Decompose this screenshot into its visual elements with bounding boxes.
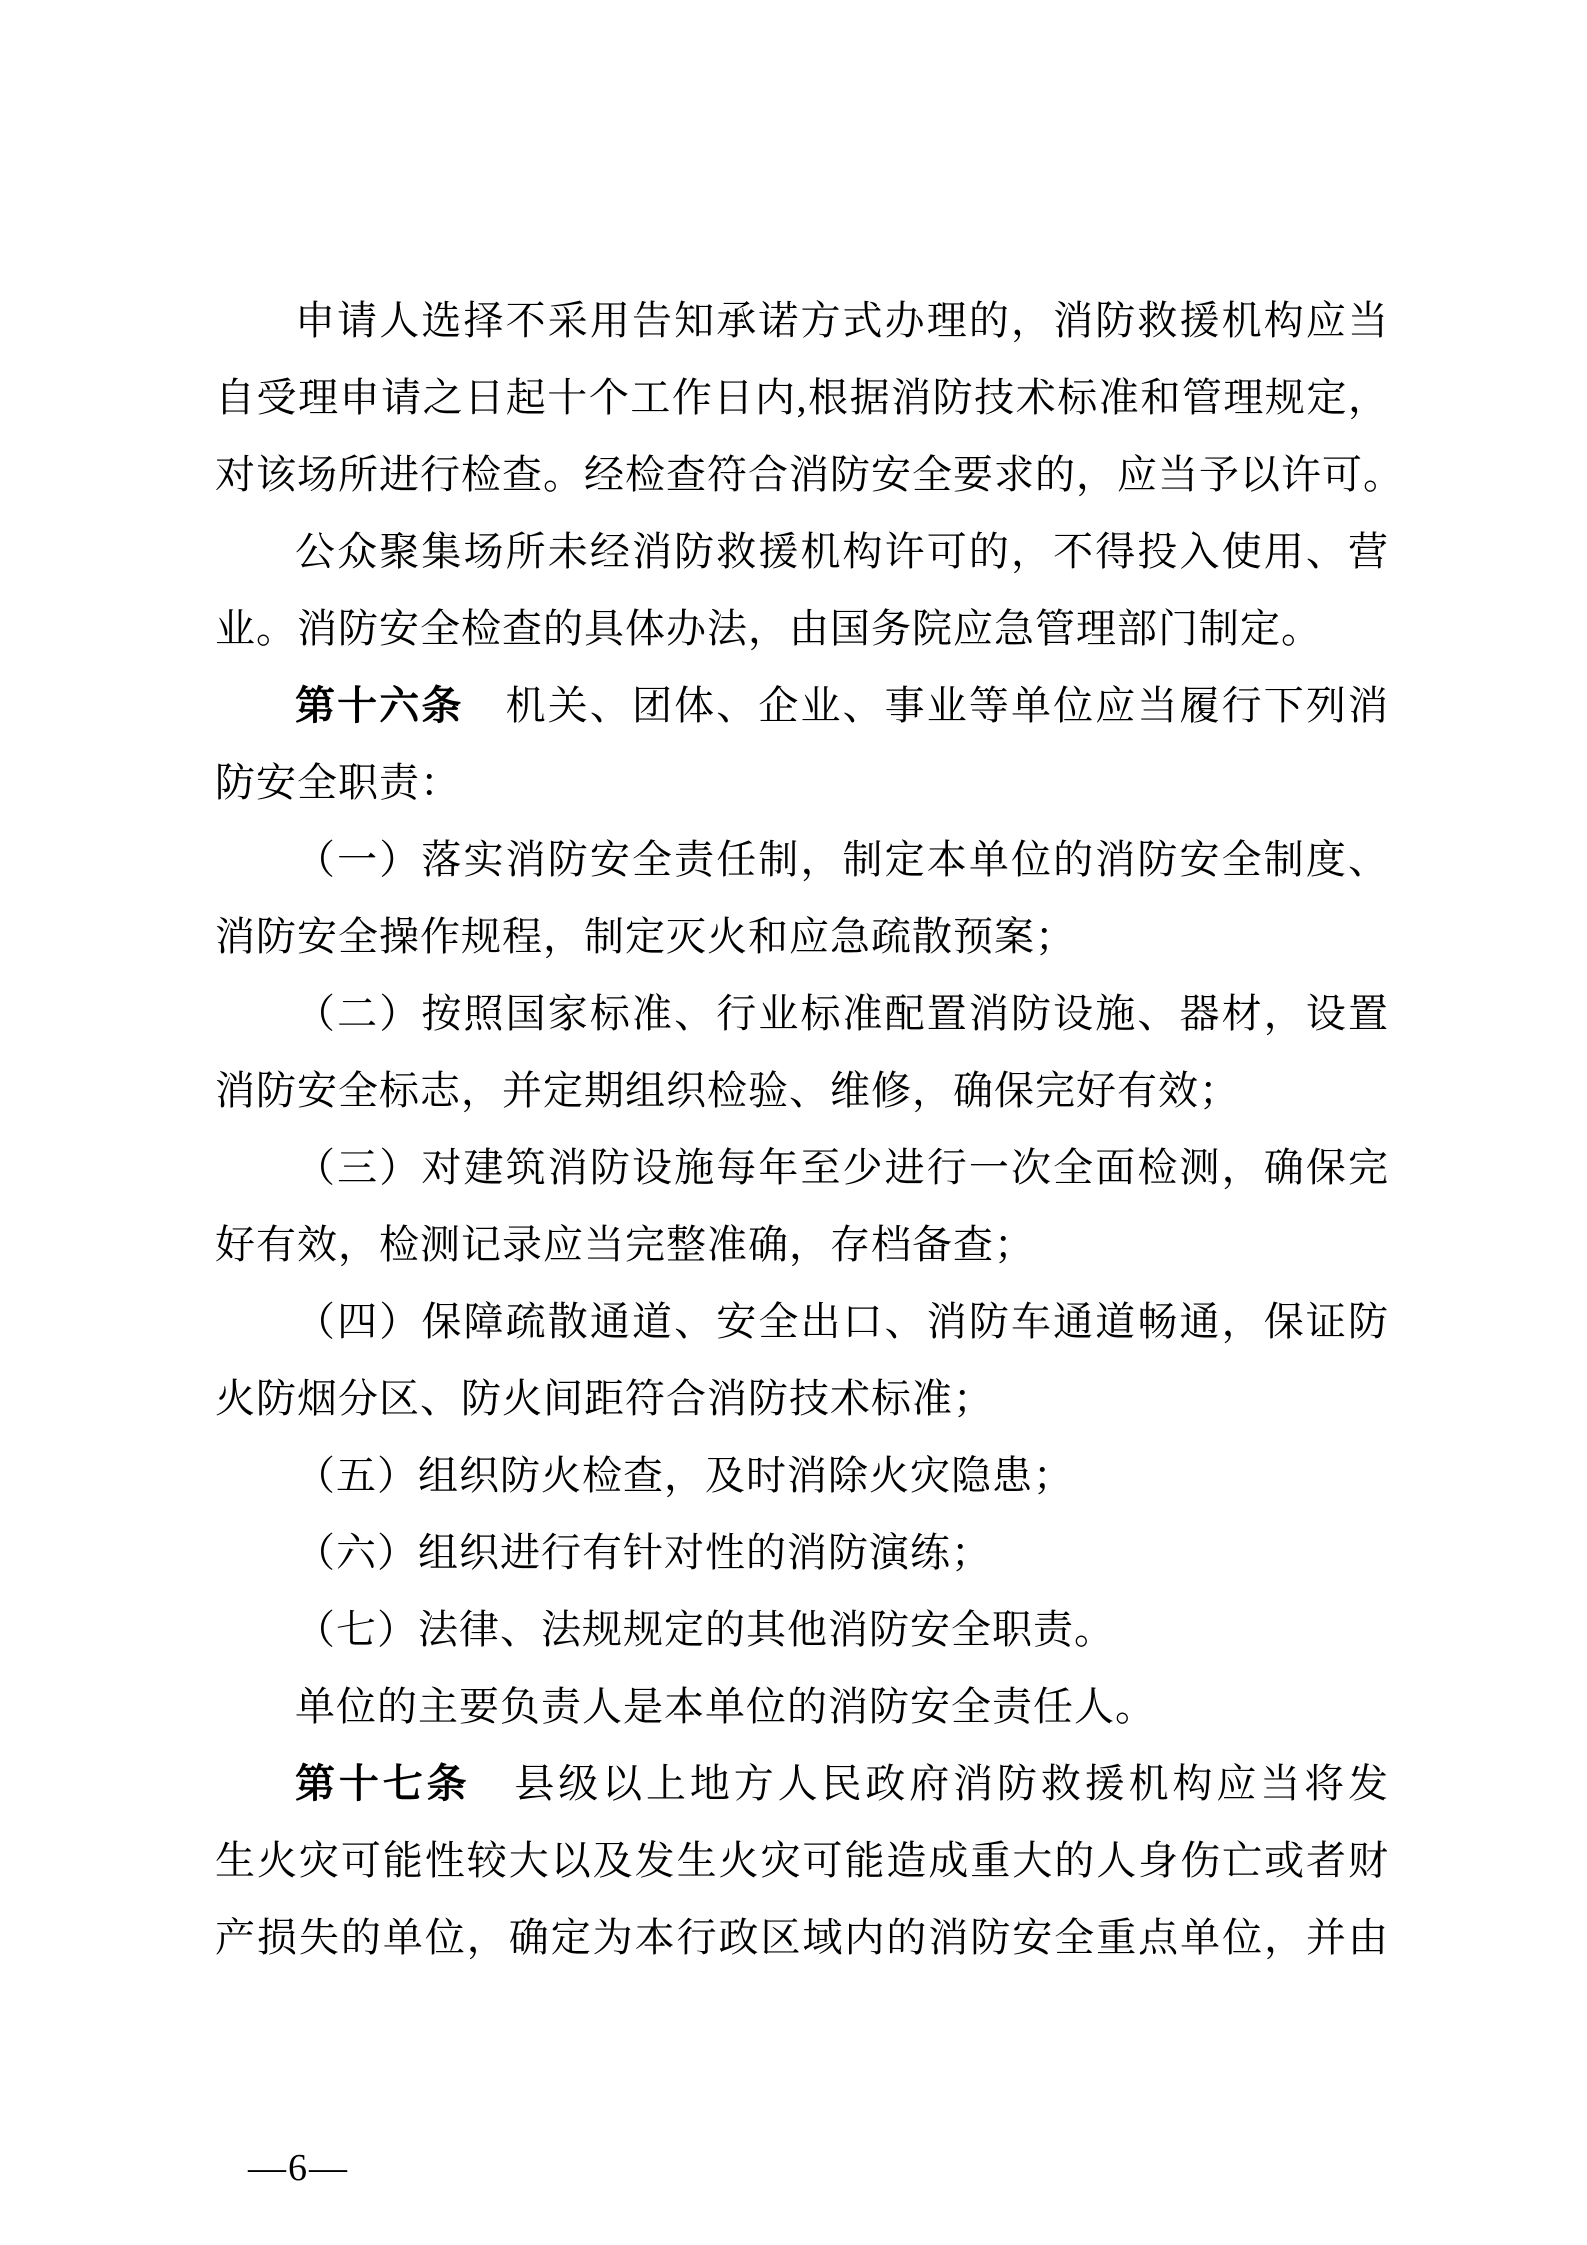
- document-page: 申请人选择不采用告知承诺方式办理的，消防救援机构应当自受理申请之日起十个工作日内…: [0, 0, 1587, 2245]
- text-line: 消防安全操作规程，制定灭火和应急疏散预案；: [215, 898, 1389, 975]
- text-line: （五）组织防火检查，及时消除火灾隐患；: [215, 1437, 1389, 1514]
- text-line: （三）对建筑消防设施每年至少进行一次全面检测，确保完: [215, 1129, 1389, 1206]
- line-text: 县级以上地方人民政府消防救援机构应当将发: [471, 1761, 1390, 1806]
- text-line: 防安全职责：: [215, 744, 1389, 821]
- text-line: 单位的主要负责人是本单位的消防安全责任人。: [215, 1668, 1389, 1745]
- text-line: （六）组织进行有针对性的消防演练；: [215, 1514, 1389, 1591]
- text-line: 生火灾可能性较大以及发生火灾可能造成重大的人身伤亡或者财: [215, 1822, 1389, 1899]
- text-line: 第十六条 机关、团体、企业、事业等单位应当履行下列消: [215, 667, 1389, 744]
- article-number: 第十六条: [295, 684, 463, 728]
- text-line: （七）法律、法规规定的其他消防安全职责。: [215, 1591, 1389, 1668]
- text-line: （一）落实消防安全责任制，制定本单位的消防安全制度、: [215, 821, 1389, 898]
- line-text: 机关、团体、企业、事业等单位应当履行下列消: [463, 683, 1389, 728]
- text-line: 消防安全标志，并定期组织检验、维修，确保完好有效；: [215, 1052, 1389, 1129]
- text-line: 公众聚集场所未经消防救援机构许可的，不得投入使用、营: [215, 513, 1389, 590]
- text-line: 申请人选择不采用告知承诺方式办理的，消防救援机构应当: [215, 282, 1389, 359]
- text-line: 自受理申请之日起十个工作日内,根据消防技术标准和管理规定，: [215, 359, 1389, 436]
- page-number: —6—: [248, 2130, 349, 2207]
- text-line: （四）保障疏散通道、安全出口、消防车通道畅通，保证防: [215, 1283, 1389, 1360]
- text-line: 第十七条 县级以上地方人民政府消防救援机构应当将发: [215, 1745, 1389, 1822]
- article-number: 第十七条: [295, 1762, 471, 1806]
- text-line: 业。消防安全检查的具体办法，由国务院应急管理部门制定。: [215, 590, 1389, 667]
- document-body: 申请人选择不采用告知承诺方式办理的，消防救援机构应当自受理申请之日起十个工作日内…: [215, 282, 1389, 1976]
- text-line: （二）按照国家标准、行业标准配置消防设施、器材，设置: [215, 975, 1389, 1052]
- text-line: 火防烟分区、防火间距符合消防技术标准；: [215, 1360, 1389, 1437]
- text-line: 对该场所进行检查。经检查符合消防安全要求的，应当予以许可。: [215, 436, 1389, 513]
- text-line: 好有效，检测记录应当完整准确，存档备查；: [215, 1206, 1389, 1283]
- text-line: 产损失的单位，确定为本行政区域内的消防安全重点单位，并由: [215, 1899, 1389, 1976]
